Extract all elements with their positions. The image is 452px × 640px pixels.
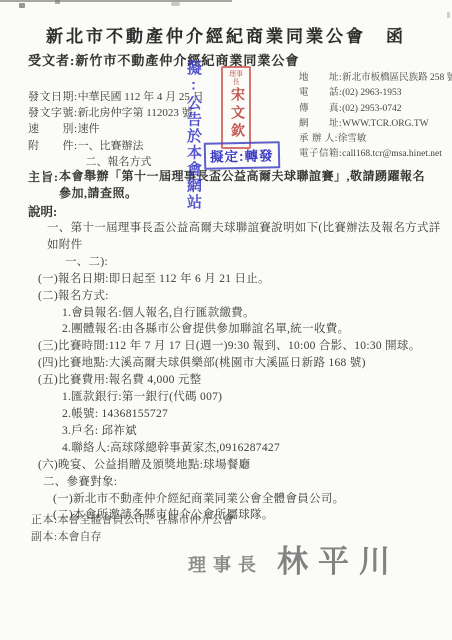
explanation-label: 說明: bbox=[28, 202, 57, 220]
subject-label: 主旨: bbox=[28, 168, 59, 202]
body-line: 一、二): bbox=[28, 254, 443, 271]
body-line: 1.會員報名:個人報名,自行匯款繳費。 bbox=[28, 305, 443, 322]
body-line: 二、參賽對象: bbox=[28, 474, 443, 491]
body-line: 3.戶名: 邱祚斌 bbox=[28, 423, 443, 440]
phone-line: 電 話:(02) 2963-1953 bbox=[299, 86, 452, 101]
body-line: (六)晚宴、公益捐贈及頒獎地點:球場餐廳 bbox=[28, 457, 443, 474]
scan-speck bbox=[19, 3, 25, 8]
scan-speck bbox=[55, 0, 60, 4]
body-line: 4.聯絡人:高球隊總幹事黃家杰,0916287427 bbox=[28, 440, 443, 457]
handler-line: 承 辦 人:徐雪敏 bbox=[299, 132, 452, 147]
body-line: 1.匯款銀行:第一銀行(代碼 007) bbox=[28, 389, 443, 406]
document-title: 新北市不動產仲介經紀商業同業公會 函 bbox=[0, 22, 452, 47]
body-line: (一)報名日期:即日起至 112 年 6 月 21 日止。 bbox=[28, 271, 443, 288]
scan-speck bbox=[171, 2, 180, 6]
scan-edge-artifact bbox=[0, 0, 232, 2]
body-line: 一、第十一屆理事長盃公益高爾夫球聯誼賽說明如下(比賽辦法及報名方式詳如附件 bbox=[28, 220, 443, 254]
subject-text: 本會舉辦「第十一屆理事長盃公益高爾夫球聯誼賽」,敬請踴躍報名參加,請查照。 bbox=[59, 168, 433, 202]
body-line: (五)比賽費用:報名費 4,000 元整 bbox=[28, 372, 443, 389]
email-line: 電子信箱:call168.tcr@msa.hinet.net bbox=[299, 147, 452, 162]
fax-line: 傳 真:(02) 2953-0742 bbox=[299, 102, 452, 117]
signature-name: 林平川 bbox=[277, 536, 400, 581]
address-line: 地 址:新北市板橋區民族路 258 號四樓 bbox=[299, 71, 452, 86]
website-line: 網 址:WWW.TCR.ORG.TW bbox=[299, 117, 452, 132]
body-line: (三)比賽時間:112 年 7 月 17 日(週一)9:30 報到、10:00 … bbox=[28, 338, 443, 355]
body-line: (四)比賽地點:大溪高爾夫球俱樂部(桃園市大溪區日新路 168 號) bbox=[28, 355, 443, 372]
body-line: (二)報名方式: bbox=[28, 288, 443, 305]
body-line: (一)新北市不動產仲介經紀商業同業公會全體會員公司。 bbox=[28, 491, 443, 508]
chairman-signature: 理事長 林平川 bbox=[188, 536, 400, 581]
forwarding-decision-stamp: 擬定:轉發 bbox=[204, 141, 280, 170]
seal-name: 宋文欽 bbox=[226, 87, 246, 141]
body-line: 2.帳號: 14368155727 bbox=[28, 406, 443, 423]
original-copy-line: 正本:本會全體會員公司、各縣市仲介公會 bbox=[31, 512, 234, 529]
recipient-label: 受文者: bbox=[28, 53, 75, 68]
scanned-official-letter: 新北市不動產仲介經紀商業同業公會 函 受文者:新竹市不動產仲介經紀商業同業公會 … bbox=[0, 0, 452, 640]
subject-section: 主旨: 本會舉辦「第十一屆理事長盃公益高爾夫球聯誼賽」,敬請踴躍報名參加,請查照… bbox=[28, 168, 436, 202]
contact-info-block: 地 址:新北市板橋區民族路 258 號四樓 電 話:(02) 2963-1953… bbox=[299, 71, 452, 163]
explanation-body: 一、第十一屆理事長盃公益高爾夫球聯誼賽說明如下(比賽辦法及報名方式詳如附件 一、… bbox=[28, 220, 443, 524]
seal-title: 理事長 bbox=[226, 70, 246, 86]
attachment-line-1: 附 件:一、比賽辦法 bbox=[28, 138, 204, 154]
body-line: 2.團體報名:由各縣市公會提供參加聯誼名單,統一收費。 bbox=[28, 321, 443, 338]
signature-title: 理事長 bbox=[188, 551, 263, 581]
issue-number-line: 發文字號:新北房仲字第 112023 號 bbox=[28, 105, 204, 121]
issue-date-line: 發文日期:中華民國 112 年 4 月 25 日 bbox=[28, 89, 204, 105]
chairman-red-seal-stamp: 理事長 宋文欽 bbox=[221, 66, 251, 149]
issuance-meta-block: 發文日期:中華民國 112 年 4 月 25 日 發文字號:新北房仲字第 112… bbox=[28, 89, 204, 170]
handwritten-blue-note-stamp: 擬:公告於本會網站 bbox=[183, 60, 204, 218]
priority-line: 速 別:速件 bbox=[28, 121, 204, 137]
scan-speck bbox=[447, 12, 450, 18]
recipient-line: 受文者:新竹市不動產仲介經紀商業同業公會 bbox=[28, 50, 299, 69]
